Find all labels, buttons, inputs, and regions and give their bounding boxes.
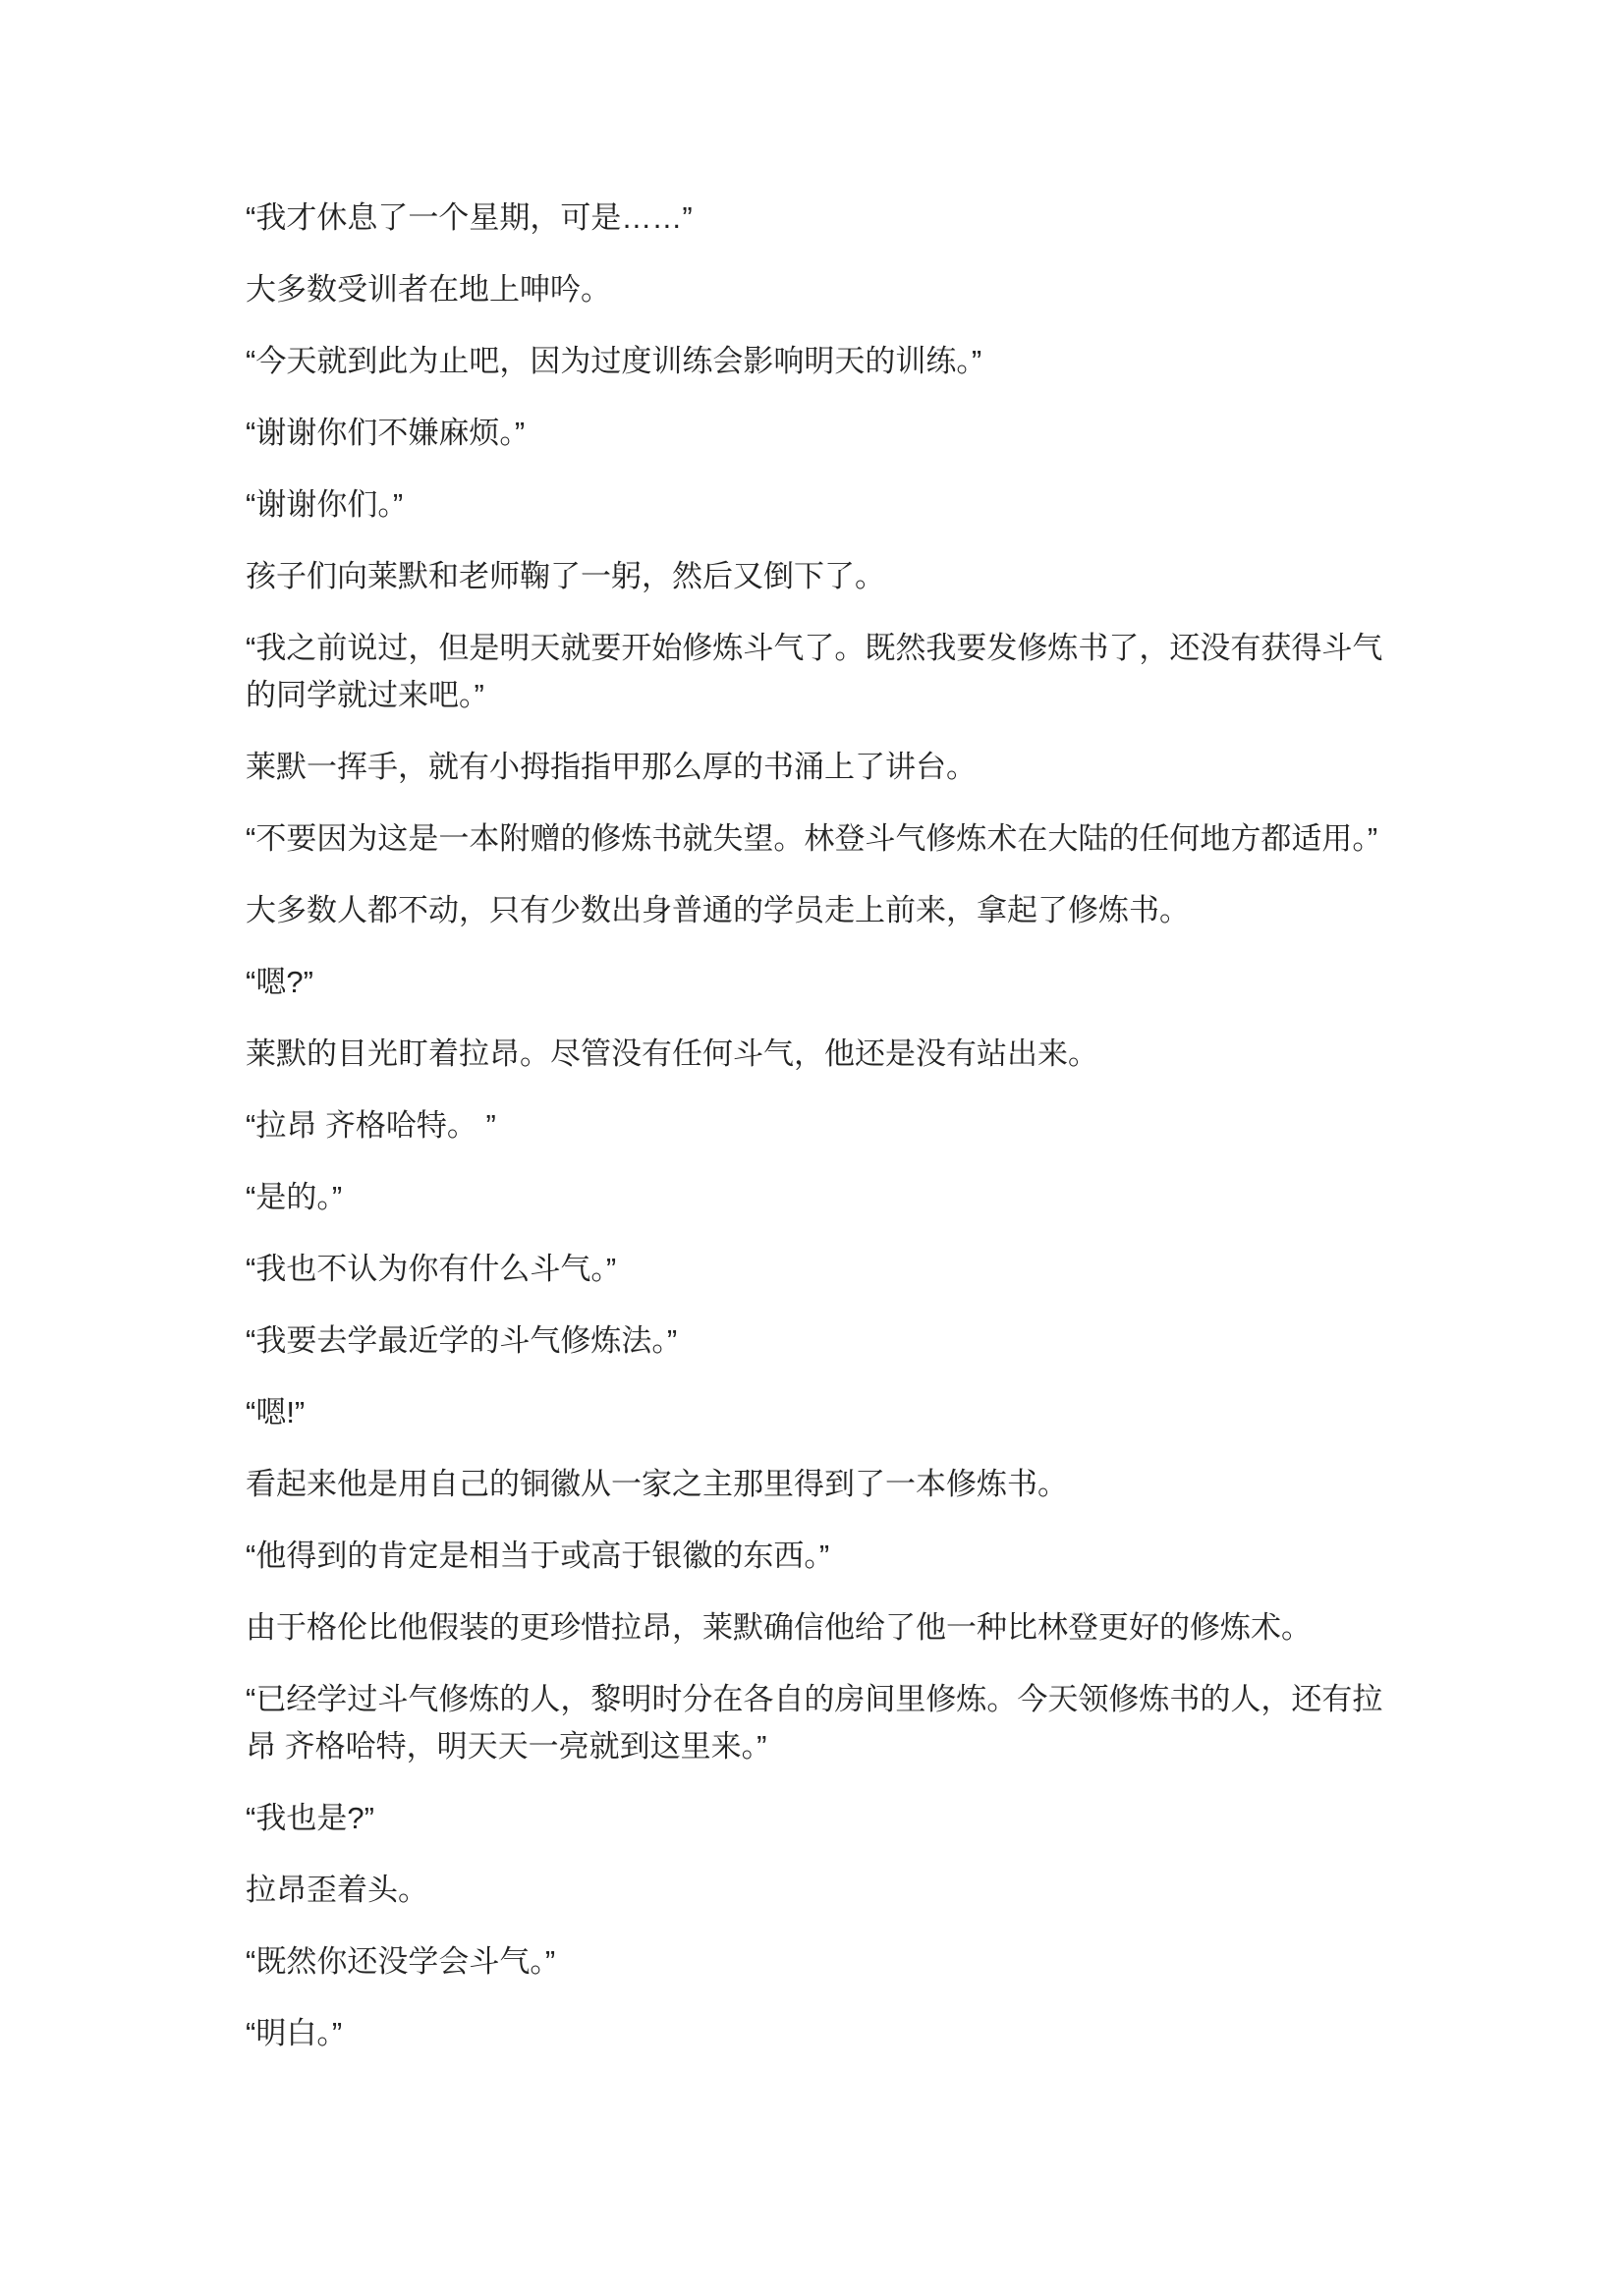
text-line: 孩子们向莱默和老师鞠了一躬，然后又倒下了。: [246, 559, 885, 593]
paragraph: “我才休息了一个星期，可是……”: [246, 195, 1378, 242]
text-line: “嗯?”: [246, 965, 313, 999]
text-line: “拉昂 齐格哈特。 ”: [246, 1108, 496, 1143]
paragraph: 大多数人都不动，只有少数出身普通的学员走上前来，拿起了修炼书。: [246, 887, 1378, 934]
paragraph: “谢谢你们不嫌麻烦。”: [246, 410, 1378, 457]
text-line: “我也不认为你有什么斗气。”: [246, 1252, 616, 1286]
text-line: “明白。”: [246, 2016, 342, 2050]
paragraph: 莱默一挥手，就有小拇指指甲那么厚的书涌上了讲台。: [246, 744, 1378, 791]
text-line: 看起来他是用自己的铜徽从一家之主那里得到了一本修炼书。: [246, 1467, 1068, 1501]
paragraph: “我也是?”: [246, 1795, 1378, 1842]
text-line: “谢谢你们。”: [246, 487, 403, 522]
paragraph: 莱默的目光盯着拉昂。尽管没有任何斗气，他还是没有站出来。: [246, 1031, 1378, 1078]
text-line: “嗯!”: [246, 1395, 305, 1429]
text-line: 大多数人都不动，只有少数出身普通的学员走上前来，拿起了修炼书。: [246, 893, 1190, 927]
paragraph: “我要去学最近学的斗气修炼法。”: [246, 1317, 1378, 1365]
text-line: 拉昂歪着头。: [246, 1873, 428, 1907]
paragraph: “是的。”: [246, 1174, 1378, 1221]
text-line: “今天就到此为止吧，因为过度训练会影响明天的训练。”: [246, 344, 981, 378]
text-line: “他得到的肯定是相当于或高于银徽的东西。”: [246, 1539, 829, 1573]
text-line: “既然你还没学会斗气。”: [246, 1944, 555, 1979]
text-line: 昂 齐格哈特，明天天一亮就到这里来。”: [246, 1723, 1378, 1770]
text-line: 大多数受训者在地上呻吟。: [246, 272, 611, 307]
text-line: “谢谢你们不嫌麻烦。”: [246, 416, 525, 450]
paragraph: “既然你还没学会斗气。”: [246, 1938, 1378, 1986]
text-line: “我才休息了一个星期，可是……”: [246, 200, 693, 235]
text-line: “我之前说过，但是明天就要开始修炼斗气了。既然我要发修炼书了，还没有获得斗气: [246, 625, 1378, 672]
text-line: 的同学就过来吧。”: [246, 672, 1378, 719]
text-line: 由于格伦比他假装的更珍惜拉昂，莱默确信他给了他一种比林登更好的修炼术。: [246, 1610, 1312, 1645]
text-content: “我才休息了一个星期，可是……” 大多数受训者在地上呻吟。 “今天就到此为止吧，…: [0, 0, 1624, 2057]
text-line: “我要去学最近学的斗气修炼法。”: [246, 1323, 677, 1358]
paragraph: “他得到的肯定是相当于或高于银徽的东西。”: [246, 1533, 1378, 1580]
text-line: “是的。”: [246, 1180, 342, 1214]
text-line: 莱默的目光盯着拉昂。尽管没有任何斗气，他还是没有站出来。: [246, 1036, 1098, 1071]
paragraph: “今天就到此为止吧，因为过度训练会影响明天的训练。”: [246, 338, 1378, 385]
paragraph: 孩子们向莱默和老师鞠了一躬，然后又倒下了。: [246, 553, 1378, 600]
text-line: 莱默一挥手，就有小拇指指甲那么厚的书涌上了讲台。: [246, 750, 977, 784]
paragraph: “谢谢你们。”: [246, 481, 1378, 529]
paragraph: “拉昂 齐格哈特。 ”: [246, 1102, 1378, 1149]
paragraph: “嗯!”: [246, 1389, 1378, 1436]
text-line: “我也是?”: [246, 1801, 374, 1835]
paragraph: 看起来他是用自己的铜徽从一家之主那里得到了一本修炼书。: [246, 1461, 1378, 1508]
text-line: “已经学过斗气修炼的人，黎明时分在各自的房间里修炼。今天领修炼书的人，还有拉: [246, 1676, 1378, 1723]
paragraph: “嗯?”: [246, 959, 1378, 1006]
paragraph: 由于格伦比他假装的更珍惜拉昂，莱默确信他给了他一种比林登更好的修炼术。: [246, 1604, 1378, 1652]
paragraph: 拉昂歪着头。: [246, 1867, 1378, 1914]
paragraph: “明白。”: [246, 2010, 1378, 2057]
paragraph: 大多数受训者在地上呻吟。: [246, 266, 1378, 313]
paragraph: “不要因为这是一本附赠的修炼书就失望。林登斗气修炼术在大陆的任何地方都适用。”: [246, 815, 1378, 863]
text-line: “不要因为这是一本附赠的修炼书就失望。林登斗气修炼术在大陆的任何地方都适用。”: [246, 821, 1377, 856]
paragraph: “我也不认为你有什么斗气。”: [246, 1246, 1378, 1293]
ebook-page: “我才休息了一个星期，可是……” 大多数受训者在地上呻吟。 “今天就到此为止吧，…: [0, 0, 1624, 2296]
